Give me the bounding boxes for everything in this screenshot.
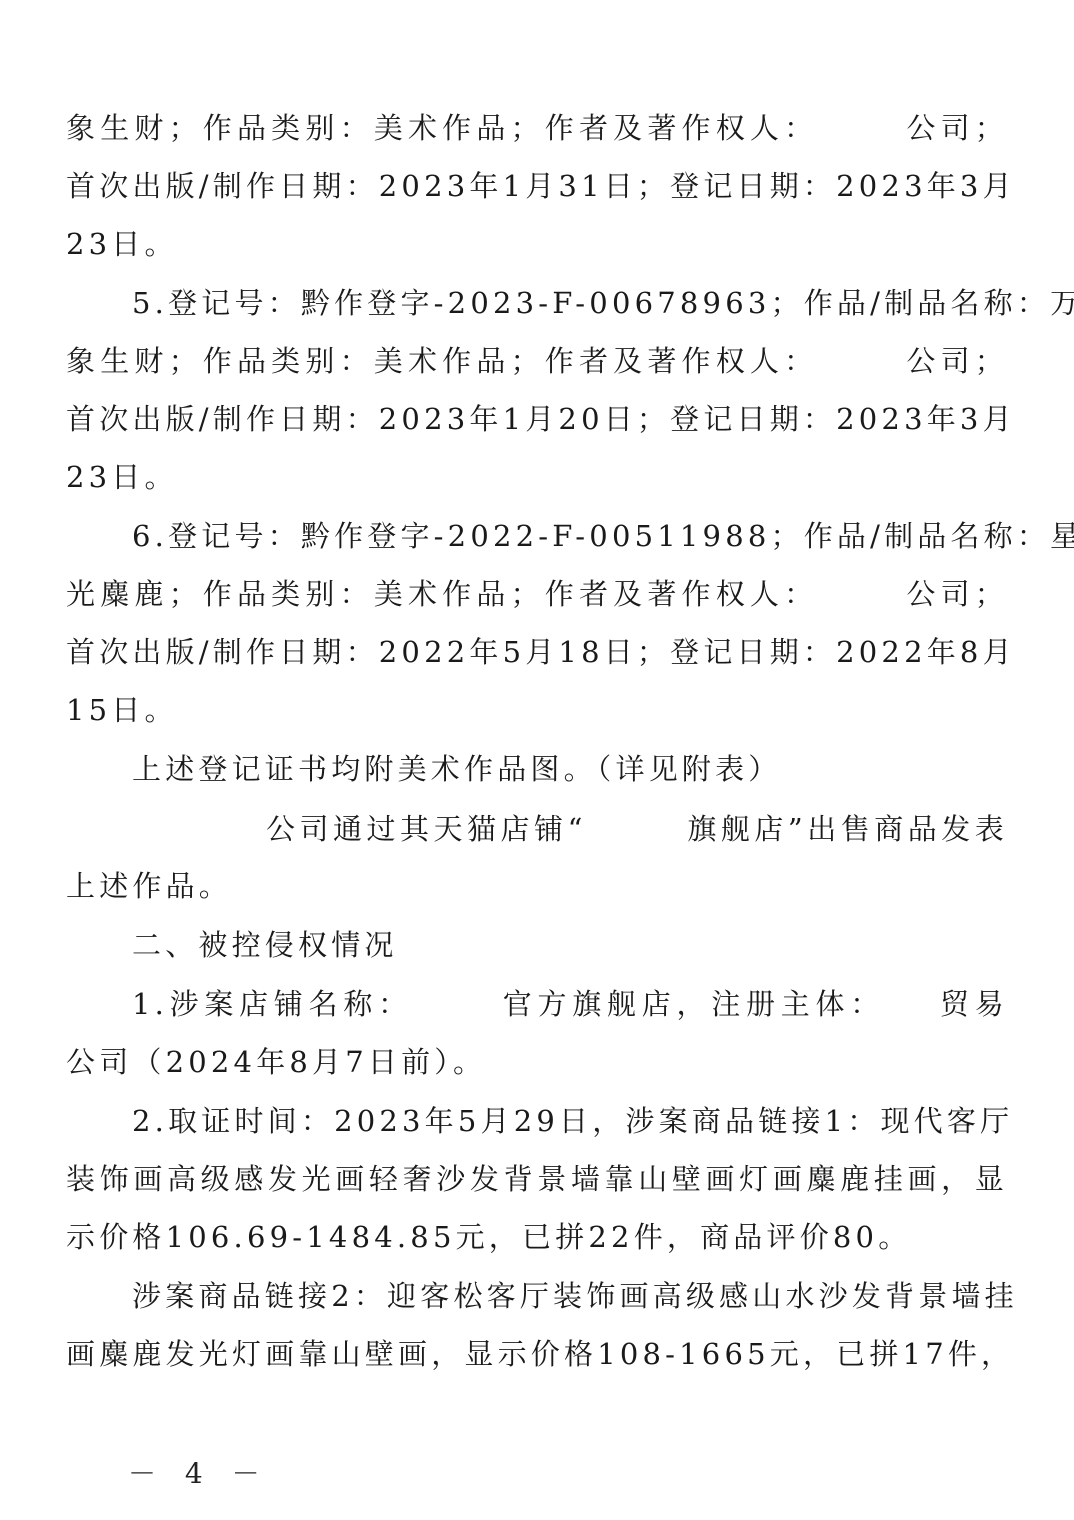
text-line: 2.取证时间：2023年5月29日，涉案商品链接1：现代客厅: [132, 1101, 1008, 1141]
text-line: 6.登记号：黔作登字-2022-F-00511988；作品/制品名称：星: [132, 516, 1008, 556]
text-line: 象生财；作品类别：美术作品；作者及著作权人： 公司；: [66, 341, 1008, 381]
document-page: 象生财；作品类别：美术作品；作者及著作权人： 公司； 首次出版/制作日期：202…: [0, 0, 1074, 1520]
section-heading: 二、被控侵权情况: [132, 925, 1008, 965]
text-line: 装饰画高级感发光画轻奢沙发背景墙靠山壁画灯画麋鹿挂画，显: [66, 1159, 1008, 1199]
text-line: 首次出版/制作日期：2023年1月31日；登记日期：2023年3月: [66, 166, 1008, 206]
text-line: 15日。: [66, 690, 1008, 730]
text-line: 1.涉案店铺名称： 官方旗舰店，注册主体： 贸易: [132, 984, 1008, 1024]
text-line: 光麋鹿；作品类别：美术作品；作者及著作权人： 公司；: [66, 574, 1008, 614]
text-line: 首次出版/制作日期：2023年1月20日；登记日期：2023年3月: [66, 399, 1008, 439]
text-line: 涉案商品链接2：迎客松客厅装饰画高级感山水沙发背景墙挂: [132, 1276, 1008, 1316]
text-line: 象生财；作品类别：美术作品；作者及著作权人： 公司；: [66, 108, 1008, 148]
text-line: 23日。: [66, 457, 1008, 497]
text-line: 示价格106.69-1484.85元，已拼22件，商品评价80。: [66, 1217, 1008, 1257]
text-line: 上述作品。: [66, 866, 1008, 906]
text-line: 23日。: [66, 224, 1008, 264]
page-number: － 4 －: [128, 1456, 270, 1492]
text-line: 公司通过其天猫店铺“ 旗舰店”出售商品发表: [132, 809, 1008, 849]
text-line: 公司（2024年8月7日前）。: [66, 1042, 1008, 1082]
text-line: 5.登记号：黔作登字-2023-F-00678963；作品/制品名称：万: [132, 283, 1008, 323]
text-line: 首次出版/制作日期：2022年5月18日；登记日期：2022年8月: [66, 632, 1008, 672]
text-line: 上述登记证书均附美术作品图。（详见附表）: [132, 749, 1008, 789]
text-line: 画麋鹿发光灯画靠山壁画，显示价格108-1665元，已拼17件，: [66, 1334, 1008, 1374]
